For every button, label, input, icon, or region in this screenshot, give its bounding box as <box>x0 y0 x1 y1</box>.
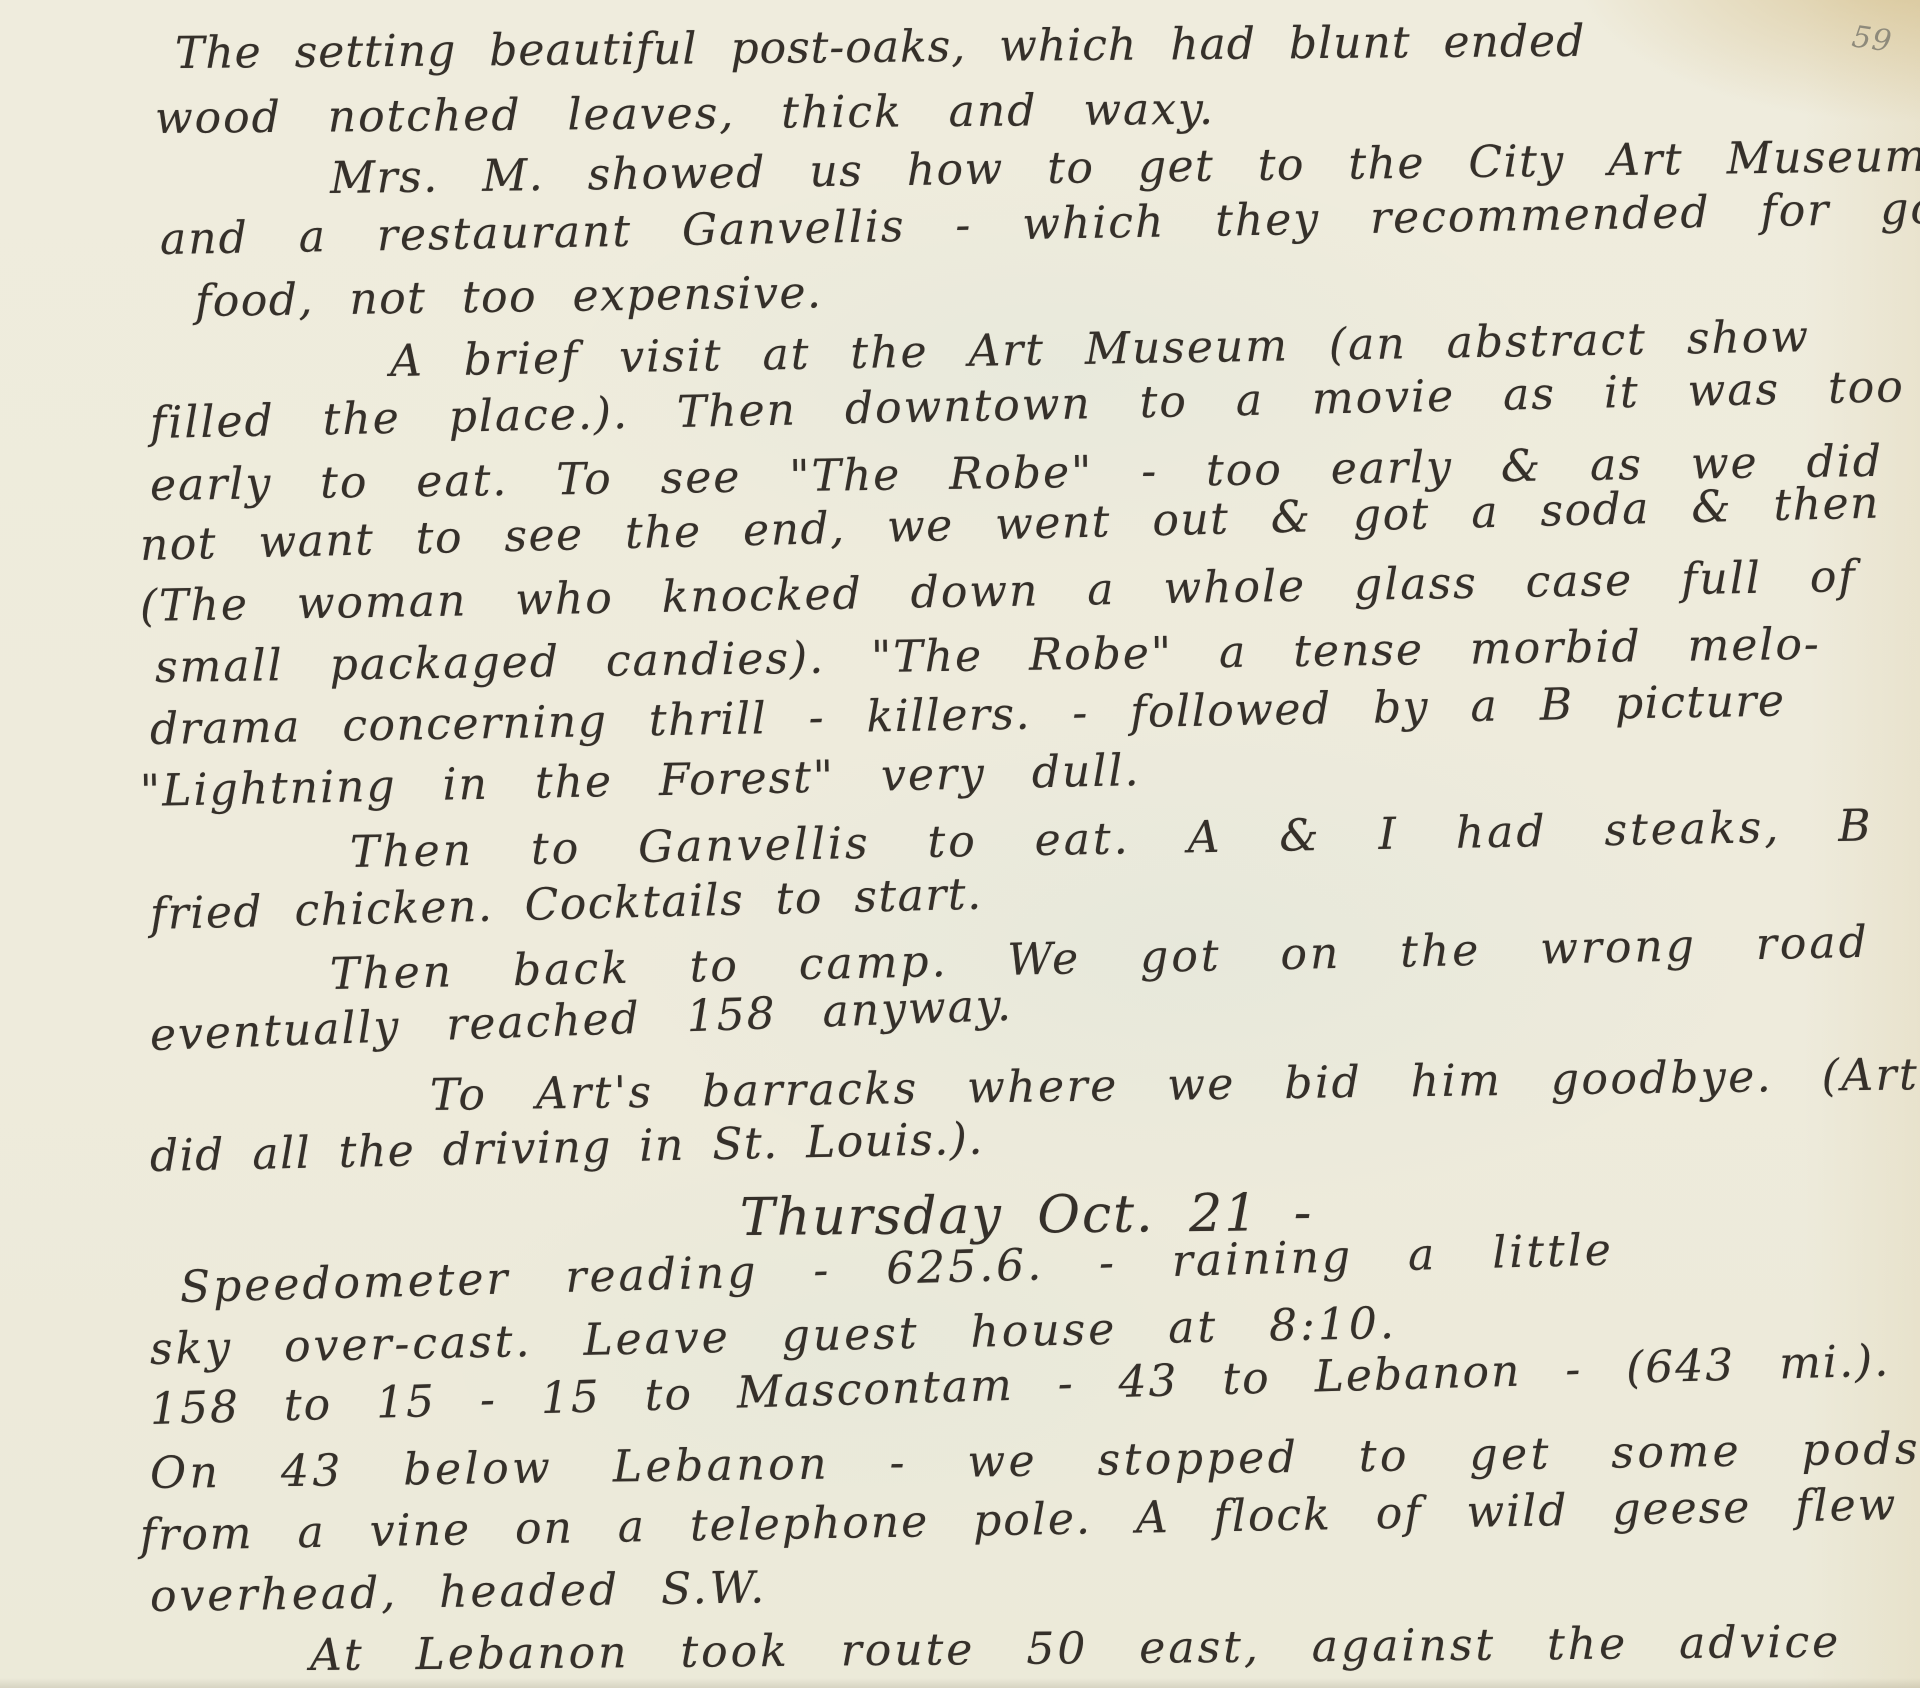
handwritten-line: did all the driving in St. Louis.). <box>149 1114 984 1182</box>
handwritten-line: "Lightning in the Forest" very dull. <box>139 745 1140 817</box>
handwritten-line: food, not too expensive. <box>195 267 823 327</box>
journal-page: 59 The setting beautiful post-oaks, whic… <box>0 0 1920 1688</box>
handwritten-line: fried chicken. Cocktails to start. <box>149 869 983 940</box>
handwritten-line: At Lebanon took route 50 east, against t… <box>310 1617 1842 1681</box>
handwritten-line: The setting beautiful post-oaks, which h… <box>175 16 1586 79</box>
handwritten-line: overhead, headed S.W. <box>150 1562 768 1622</box>
handwritten-line: To Art's barracks where we bid him goodb… <box>430 1049 1920 1121</box>
handwritten-line: wood notched leaves, thick and waxy. <box>155 84 1215 144</box>
handwritten-line: Then to Ganvellis to eat. A & I had stea… <box>350 800 1874 878</box>
page-number: 59 <box>1850 19 1895 59</box>
